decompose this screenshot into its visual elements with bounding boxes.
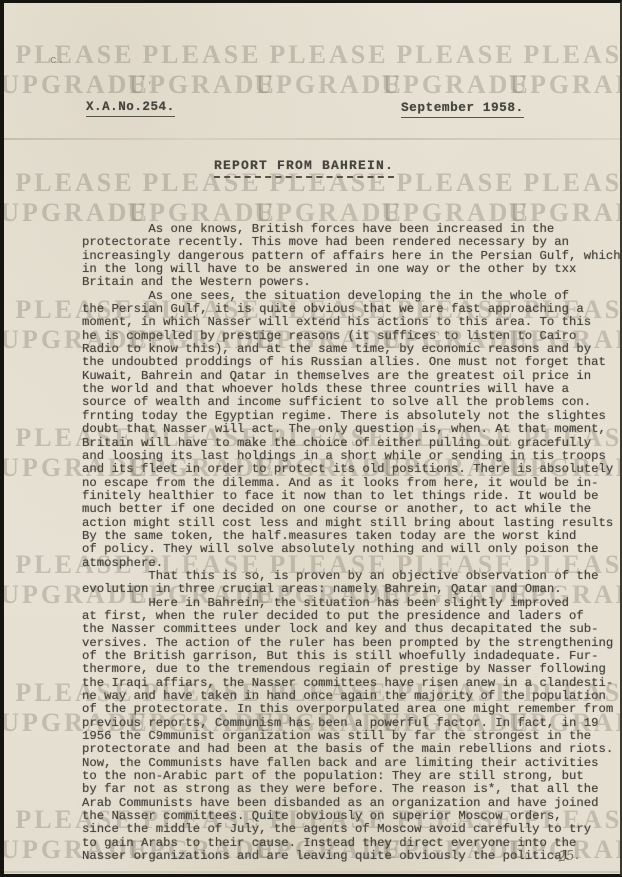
body-line: the Nasser committees under lock and key… (82, 623, 622, 636)
watermark-tile: PLEASEUPGRADE (0, 168, 155, 228)
paper-fold-crease (4, 138, 620, 140)
body-line: atmosphere. (82, 557, 622, 570)
body-line: moment, in which Nasser will extend his … (82, 316, 622, 329)
body-line: by far not as strong as they were before… (82, 783, 622, 796)
body-line: Britain and the Western powers. (82, 276, 622, 289)
document-date: September 1958. (401, 100, 524, 118)
watermark-tile: PLEASEUPGRADE (0, 40, 155, 100)
watermark-tile: PLEASEUPGRADE (376, 168, 536, 228)
body-line: Britain will have to make the choice of … (82, 437, 622, 450)
body-line: the undoubted proddings of his Russian a… (82, 356, 622, 369)
body-line: action might still cost less and might s… (82, 517, 622, 530)
body-line: and its fleet in order to protect its ol… (82, 463, 622, 476)
body-line: since the middle of July, the agents of … (82, 823, 622, 836)
pencil-corner-mark: c. (50, 55, 65, 67)
watermark-tile: PLEASEUPGRADE (376, 40, 536, 100)
body-line: doubt that Nasser will act. The only que… (82, 423, 622, 436)
reference-number: X.A.No.254. (86, 100, 175, 117)
watermark-tile: PLEASEUPGRADE (503, 40, 622, 100)
body-line: of policy. They will solve absolutely no… (82, 543, 622, 556)
body-line: thermore, due to the tremendous regiain … (82, 663, 622, 676)
paper-bottom-crease (4, 871, 620, 873)
body-line: no escape from the dilemma. And as it lo… (82, 477, 622, 490)
body-line: evolution in three crucial areas: namely… (82, 583, 622, 596)
body-line: Here in Bahrein, the situation has been … (82, 597, 622, 610)
document-body: As one knows, British forces have been i… (82, 223, 622, 864)
body-line: source of wealth and income sufficient t… (82, 396, 622, 409)
body-line: of the protectorate. In this overporpula… (82, 703, 622, 716)
body-line: protectorate and had been at the basis o… (82, 743, 622, 756)
pencil-tick-mark: ' (143, 80, 153, 93)
scanned-document-page: PLEASEUPGRADEPLEASEUPGRADEPLEASEUPGRADEP… (0, 0, 622, 877)
handwritten-page-number: 25. (557, 848, 580, 866)
watermark-tile: PLEASEUPGRADE (503, 168, 622, 228)
body-line: much better if one decided on one course… (82, 503, 622, 516)
watermark-tile: PLEASEUPGRADE (249, 40, 409, 100)
body-line: Nasser organizations and are leaving qui… (82, 850, 622, 863)
body-line: protectorate recently. This move had bee… (82, 236, 622, 249)
document-title: REPORT FROM BAHREIN. (214, 158, 394, 178)
body-line: versives. The action of the ruler has be… (82, 637, 622, 650)
